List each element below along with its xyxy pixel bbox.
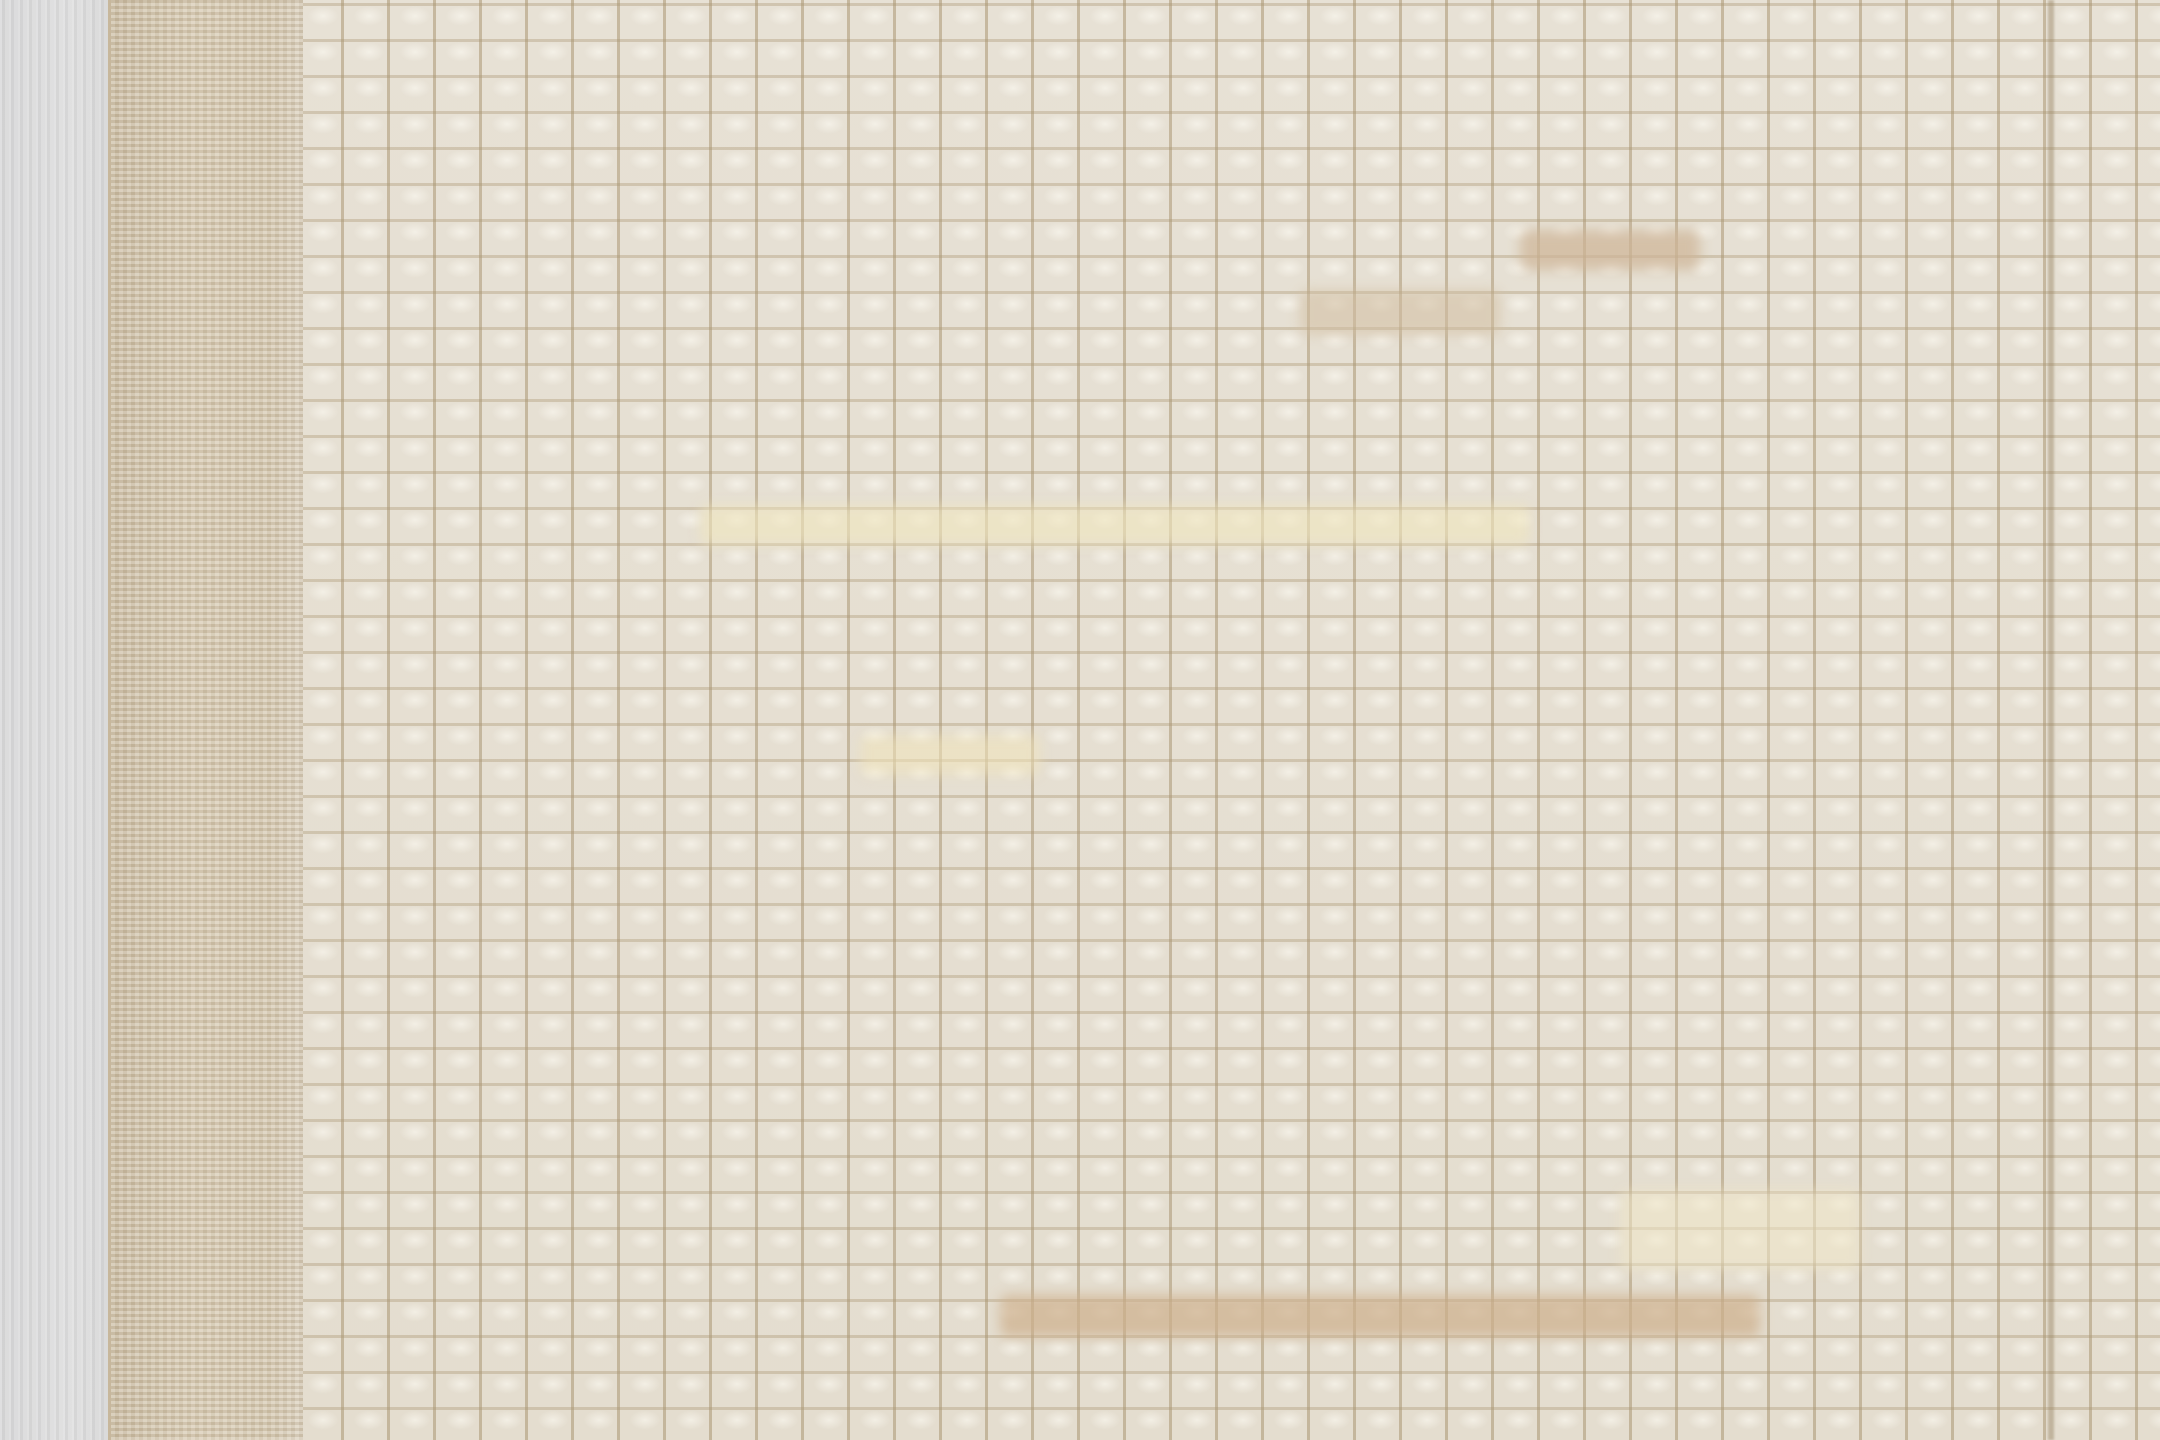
rug-flatweave-border: [108, 0, 311, 1440]
tan-patch: [1520, 230, 1700, 270]
tan-patch: [1000, 1295, 1760, 1337]
rug-pile-field: [303, 0, 2160, 1440]
rug: [108, 0, 2160, 1440]
tan-patch: [1300, 290, 1500, 335]
yellow-patch: [1620, 1190, 1860, 1270]
rug-seam: [2048, 0, 2054, 1440]
wooden-floor: [0, 0, 120, 1440]
yellow-patch: [860, 735, 1040, 775]
yellow-patch: [700, 505, 1530, 545]
